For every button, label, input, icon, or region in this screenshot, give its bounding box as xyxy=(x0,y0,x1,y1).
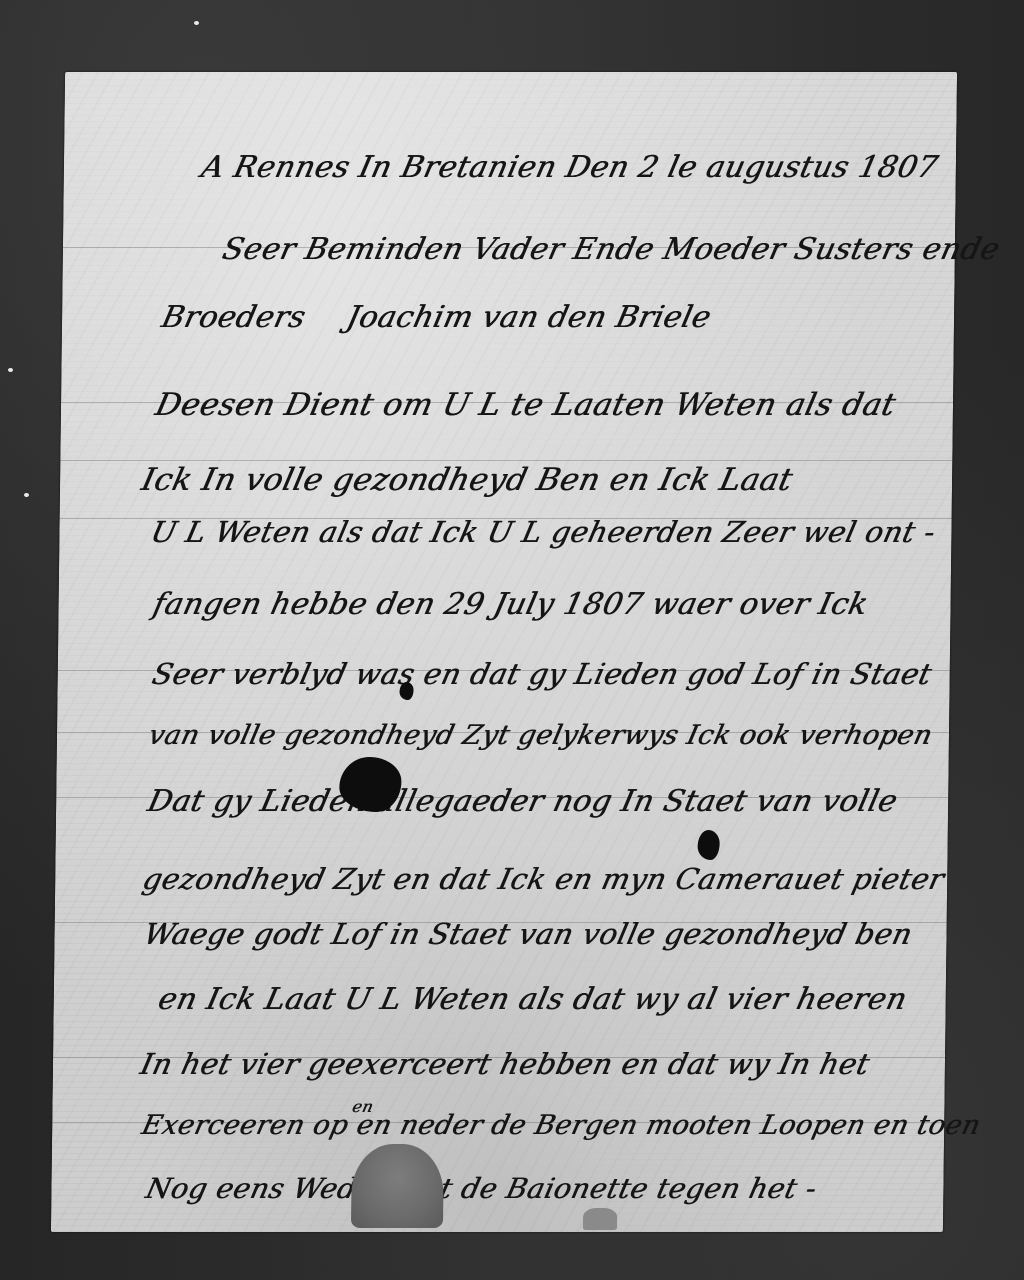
body-line: gezondheyd Zyt en dat Ick en myn Camerau… xyxy=(139,862,947,896)
salutation-line-2-prefix: Broeders xyxy=(158,300,309,335)
body-line: fangen hebbe den 29 July 1807 waer over … xyxy=(150,587,872,622)
body-line: van volle gezondheyd Zyt gelykerwys Ick … xyxy=(145,720,935,751)
body-line: Exerceeren op en neder de Bergen mooten … xyxy=(139,1110,984,1141)
salutation-line-1: Seer Beminden Vader Ende Moeder Susters … xyxy=(219,232,1003,267)
body-line: In het vier geexerceert hebben en dat wy… xyxy=(137,1047,873,1081)
ink-blot xyxy=(399,682,413,700)
dust-speck xyxy=(194,21,199,25)
signature-name: Joachim van den Briele xyxy=(343,300,714,335)
body-line: Seer verblyd was en dat gy Lieden god Lo… xyxy=(149,657,935,691)
paper-tear xyxy=(583,1208,617,1230)
ink-blot xyxy=(339,757,402,812)
place-date-line: A Rennes In Bretanien Den 2 le augustus … xyxy=(198,150,941,185)
body-line: Nog eens Weder met de Baionette tegen he… xyxy=(143,1172,820,1205)
body-line: Dat gy Lieden allegaeder nog In Staet va… xyxy=(144,784,901,819)
body-line: Deesen Dient om U L te Laaten Weten als … xyxy=(152,387,899,423)
ruled-line xyxy=(60,460,952,461)
body-line: Waege godt Lof in Staet van volle gezond… xyxy=(141,917,916,951)
body-line: U L Weten als dat Ick U L geheerden Zeer… xyxy=(148,515,939,549)
body-line: Ick In volle gezondheyd Ben en Ick Laat xyxy=(138,462,796,498)
ink-blot xyxy=(697,830,719,860)
letter-page: A Rennes In Bretanien Den 2 le augustus … xyxy=(51,72,957,1232)
paper-stain xyxy=(351,1144,444,1228)
body-line: en Ick Laat U L Weten als dat wy al vier… xyxy=(155,982,910,1017)
dust-speck xyxy=(24,493,29,497)
dust-speck xyxy=(8,368,13,372)
